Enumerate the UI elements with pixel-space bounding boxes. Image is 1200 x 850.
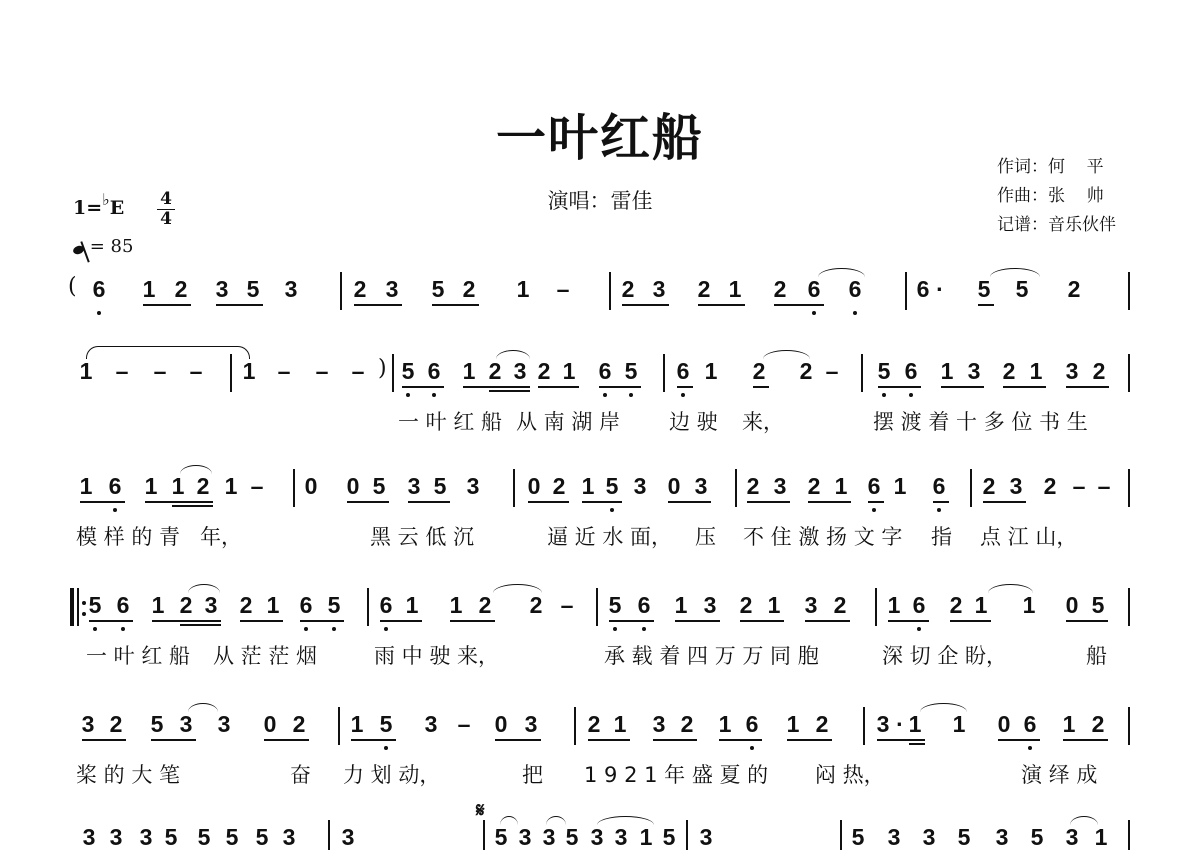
jianpu-note: 6 <box>675 358 691 384</box>
jianpu-note: 6 <box>744 711 760 737</box>
jianpu-note: 6 <box>378 592 394 618</box>
jianpu-note: 5 <box>850 824 866 850</box>
bar-line <box>574 707 576 745</box>
bar-line <box>340 272 342 310</box>
jianpu-note: 5 <box>163 824 179 850</box>
lyric-text: 奋 <box>290 759 311 789</box>
eighth-underline <box>380 620 422 622</box>
jianpu-note: 3 <box>541 824 557 850</box>
eighth-underline <box>753 386 769 388</box>
jianpu-note: 5 <box>196 824 212 850</box>
jianpu-note: 1 <box>951 711 967 737</box>
jianpu-note: 3 <box>423 711 439 737</box>
slur-tie <box>500 816 518 825</box>
lyric-text: 黑 云 低 沉 <box>370 521 474 551</box>
slur-tie <box>188 703 218 712</box>
jianpu-note: 5 <box>400 358 416 384</box>
jianpu-note: 3 <box>994 824 1010 850</box>
key-prefix: 1= <box>73 197 102 219</box>
low-octave-dot <box>613 627 617 631</box>
lyric-text: 压 <box>695 521 716 551</box>
jianpu-note: 5 <box>493 824 509 850</box>
eighth-underline <box>82 739 126 741</box>
lyric-text: 边 驶 <box>669 406 718 436</box>
eighth-underline <box>747 501 790 503</box>
jianpu-note: 3 <box>108 824 124 850</box>
jianpu-note: 3 <box>512 358 528 384</box>
eighth-underline <box>1066 620 1108 622</box>
jianpu-note: 3 <box>702 592 718 618</box>
jianpu-note: 6 <box>903 358 919 384</box>
slur-tie <box>597 816 654 825</box>
jianpu-note: 2 <box>586 711 602 737</box>
jianpu-note: 5 <box>371 473 387 499</box>
bar-line <box>483 820 485 850</box>
dash-extension: – <box>555 276 571 302</box>
jianpu-note: 2 <box>751 358 767 384</box>
slur-tie <box>546 816 566 825</box>
jianpu-note: 2 <box>461 276 477 302</box>
jianpu-note: 1 <box>785 711 801 737</box>
low-octave-dot <box>937 508 941 512</box>
slur-tie <box>180 465 212 474</box>
jianpu-note: 5 <box>604 473 620 499</box>
lyric-text: 闷 热， <box>815 759 885 789</box>
jianpu-note: 3 <box>875 711 891 737</box>
jianpu-note: 1 <box>886 592 902 618</box>
jianpu-note: 3 <box>1064 824 1080 850</box>
jianpu-note: 2 <box>238 592 254 618</box>
eighth-underline <box>950 620 991 622</box>
eighth-underline <box>787 739 832 741</box>
eighth-underline <box>463 386 530 388</box>
jianpu-note: 3 <box>80 711 96 737</box>
jianpu-note: 3 <box>283 276 299 302</box>
jianpu-note: 1 <box>1061 711 1077 737</box>
jianpu-note: 1 <box>150 592 166 618</box>
eighth-underline <box>80 501 125 503</box>
eighth-underline <box>216 304 263 306</box>
lyric-text: 力 划 动， <box>343 759 440 789</box>
eighth-underline <box>978 304 994 306</box>
eighth-underline <box>941 386 984 388</box>
sixteenth-underline <box>489 390 530 392</box>
bar-line <box>392 354 394 392</box>
jianpu-note: 5 <box>564 824 580 850</box>
bar-line <box>367 588 369 626</box>
jianpu-note: 5 <box>245 276 261 302</box>
jianpu-note: 6 <box>107 473 123 499</box>
jianpu-note: 2 <box>745 473 761 499</box>
eighth-underline <box>740 620 784 622</box>
dash-extension: – <box>152 358 168 384</box>
bar-line <box>513 469 515 507</box>
jianpu-note: 0 <box>1064 592 1080 618</box>
dash-extension: – <box>559 592 575 618</box>
bar-line <box>1128 820 1130 850</box>
eighth-underline <box>402 386 444 388</box>
lyric-text: 点 江 山， <box>980 521 1077 551</box>
slur-tie <box>818 268 865 277</box>
jianpu-note: 5 <box>378 711 394 737</box>
low-octave-dot <box>304 627 308 631</box>
eighth-underline <box>1063 739 1108 741</box>
jianpu-note: 1 <box>892 473 908 499</box>
jianpu-note: 2 <box>981 473 997 499</box>
jianpu-note: 2 <box>477 592 493 618</box>
slur-tie <box>493 584 542 593</box>
eighth-underline <box>599 386 641 388</box>
low-octave-dot <box>882 393 886 397</box>
jianpu-note: 0 <box>526 473 542 499</box>
dash-extension: – <box>824 358 840 384</box>
low-octave-dot <box>681 393 685 397</box>
lyric-text: 年， <box>200 521 242 551</box>
jianpu-note: 6 <box>91 276 107 302</box>
key-signature: 1=♭E <box>73 197 124 219</box>
dash-extension: – <box>350 358 366 384</box>
jianpu-note: 2 <box>1091 358 1107 384</box>
repeat-start-thick <box>70 588 74 626</box>
lyric-text: 演 绎 成 <box>1021 759 1097 789</box>
eighth-underline <box>300 620 344 622</box>
segno-icon: 𝄋 <box>476 798 485 822</box>
low-octave-dot <box>97 311 101 315</box>
sixteenth-underline <box>172 505 213 507</box>
eighth-underline <box>677 386 693 388</box>
bar-line <box>230 354 232 392</box>
dash-extension: – <box>188 358 204 384</box>
eighth-underline <box>719 739 762 741</box>
jianpu-note: 2 <box>487 358 503 384</box>
dash-extension: – <box>249 473 265 499</box>
eighth-underline <box>432 304 479 306</box>
jianpu-note: 5 <box>623 358 639 384</box>
eighth-underline <box>878 386 921 388</box>
jianpu-note: 1 <box>1028 358 1044 384</box>
slur-tie <box>990 268 1040 277</box>
jianpu-note: 3 <box>281 824 297 850</box>
jianpu-note: 2 <box>528 592 544 618</box>
jianpu-note: 3 <box>698 824 714 850</box>
jianpu-note: 5 <box>149 711 165 737</box>
jianpu-note: 1 <box>1021 592 1037 618</box>
low-octave-dot <box>610 508 614 512</box>
jianpu-note: 1 <box>404 592 420 618</box>
jianpu-note: 2 <box>620 276 636 302</box>
bar-line <box>596 588 598 626</box>
eighth-underline <box>151 739 196 741</box>
lyric-text: 摆 渡 着 十 多 位 书 生 <box>873 406 1088 436</box>
jianpu-note: 1 <box>673 592 689 618</box>
jianpu-note: 0 <box>303 473 319 499</box>
jianpu-note: 3 <box>803 592 819 618</box>
jianpu-note: 1 <box>703 358 719 384</box>
sixteenth-underline <box>909 743 925 745</box>
jianpu-note: 1 <box>561 358 577 384</box>
jianpu-note: 3 <box>214 276 230 302</box>
bar-line <box>338 707 340 745</box>
eighth-underline <box>1066 386 1109 388</box>
jianpu-note: 3 <box>517 824 533 850</box>
bar-line <box>970 469 972 507</box>
jianpu-note: 3 <box>966 358 982 384</box>
slur-tie <box>1070 816 1098 825</box>
low-octave-dot <box>853 311 857 315</box>
jianpu-note: 3 <box>216 711 232 737</box>
eighth-underline <box>933 501 949 503</box>
lyric-text: 一 叶 红 船 <box>398 406 502 436</box>
lyric-text: 模 样 的 青 <box>76 521 180 551</box>
eighth-underline <box>588 739 630 741</box>
lyricist-credit: 作词：何 平 <box>997 153 1116 182</box>
jianpu-note: 1 <box>78 358 94 384</box>
low-octave-dot <box>332 627 336 631</box>
jianpu-note: 6 <box>915 276 931 302</box>
jianpu-note: 3 <box>651 276 667 302</box>
eighth-underline <box>264 739 309 741</box>
low-octave-dot <box>750 746 754 750</box>
bar-line <box>609 272 611 310</box>
slur-tie <box>188 584 220 593</box>
lyric-text: 桨 的 大 笔 <box>76 759 180 789</box>
eighth-underline <box>998 739 1040 741</box>
jianpu-note: 0 <box>666 473 682 499</box>
eighth-underline <box>698 304 745 306</box>
eighth-underline <box>495 739 541 741</box>
jianpu-note: 6 <box>636 592 652 618</box>
jianpu-note: 2 <box>173 276 189 302</box>
jianpu-note: 6 <box>115 592 131 618</box>
composer-credit: 作曲：张 帅 <box>997 182 1116 211</box>
bar-line <box>293 469 295 507</box>
jianpu-note: 6 <box>931 473 947 499</box>
key-note: E <box>110 197 124 219</box>
bar-line <box>735 469 737 507</box>
low-octave-dot <box>432 393 436 397</box>
eighth-underline <box>668 501 711 503</box>
eighth-underline <box>868 501 884 503</box>
eighth-underline <box>1003 386 1046 388</box>
lyric-text: 从 茫 茫 烟 <box>213 640 317 670</box>
eighth-underline <box>145 501 213 503</box>
low-octave-dot <box>629 393 633 397</box>
jianpu-note: 3 <box>406 473 422 499</box>
eighth-underline <box>240 620 283 622</box>
eighth-underline <box>622 304 669 306</box>
eighth-underline <box>675 620 720 622</box>
low-octave-dot <box>113 508 117 512</box>
lyric-text: 来， <box>742 406 784 436</box>
eighth-underline <box>538 386 579 388</box>
time-bottom: 4 <box>156 210 176 229</box>
jianpu-note: 6 <box>597 358 613 384</box>
jianpu-note: 2 <box>108 711 124 737</box>
jianpu-note: 5 <box>1029 824 1045 850</box>
dash-extension: – <box>456 711 472 737</box>
jianpu-note: 1 <box>448 592 464 618</box>
eighth-underline <box>805 620 850 622</box>
slur-tie <box>920 703 967 712</box>
slur-tie <box>496 350 530 359</box>
eighth-underline <box>774 304 824 306</box>
eighth-underline <box>450 620 495 622</box>
jianpu-note: 2 <box>551 473 567 499</box>
jianpu-note: 3 <box>523 711 539 737</box>
low-octave-dot <box>1028 746 1032 750</box>
credits-block: 作词：何 平 作曲：张 帅 记谱：音乐伙伴 <box>997 153 1116 240</box>
jianpu-note: 3 <box>178 711 194 737</box>
jianpu-note: 1 <box>223 473 239 499</box>
jianpu-note: 1 <box>143 473 159 499</box>
eighth-underline <box>983 501 1026 503</box>
jianpu-note: 1 <box>907 711 923 737</box>
jianpu-note: 3 <box>632 473 648 499</box>
low-octave-dot <box>642 627 646 631</box>
dash-extension: – <box>276 358 292 384</box>
eighth-underline <box>808 501 851 503</box>
jianpu-note: 5 <box>956 824 972 850</box>
jianpu-note: 0 <box>996 711 1012 737</box>
jianpu-note: 5 <box>326 592 342 618</box>
repeat-start-thin <box>77 588 79 626</box>
eighth-underline <box>347 501 389 503</box>
jianpu-note: 3 <box>384 276 400 302</box>
jianpu-note: 2 <box>352 276 368 302</box>
sixteenth-underline <box>180 624 221 626</box>
lyric-text: 船 <box>1086 640 1107 670</box>
lyric-text: 不 住 激 扬 文 字 <box>743 521 902 551</box>
jianpu-note: 1 <box>265 592 281 618</box>
bar-line <box>1128 272 1130 310</box>
jianpu-note: 1 <box>515 276 531 302</box>
jianpu-note: 1 <box>612 711 628 737</box>
slur-tie <box>763 350 810 359</box>
jianpu-note: 5 <box>432 473 448 499</box>
long-tie <box>86 346 250 359</box>
jianpu-note: 3 <box>465 473 481 499</box>
jianpu-note: 3 <box>886 824 902 850</box>
jianpu-note: 5 <box>607 592 623 618</box>
lyric-text: 深 切 企 盼， <box>882 640 1007 670</box>
jianpu-note: 6 <box>298 592 314 618</box>
jianpu-note: 0 <box>345 473 361 499</box>
bar-line <box>1128 354 1130 392</box>
bar-line <box>686 820 688 850</box>
bar-line <box>1128 588 1130 626</box>
lyric-text: 承 载 着 四 万 万 同 胞 <box>604 640 819 670</box>
eighth-underline <box>408 501 450 503</box>
bar-line <box>663 354 665 392</box>
jianpu-note: · <box>892 711 908 737</box>
bar-line <box>1128 469 1130 507</box>
low-octave-dot <box>121 627 125 631</box>
bar-line <box>875 588 877 626</box>
tempo-marking: = 85 <box>73 236 133 257</box>
low-octave-dot <box>872 508 876 512</box>
eighth-underline <box>152 620 221 622</box>
jianpu-note: 1 <box>170 473 186 499</box>
jianpu-note: 1 <box>349 711 365 737</box>
jianpu-note: 2 <box>1042 473 1058 499</box>
jianpu-note: 6 <box>1022 711 1038 737</box>
flat-icon: ♭ <box>102 190 110 209</box>
bar-line <box>1128 707 1130 745</box>
jianpu-note: 6 <box>847 276 863 302</box>
eighth-underline <box>877 739 925 741</box>
repeat-dot <box>82 612 86 616</box>
eighth-underline <box>653 739 697 741</box>
jianpu-note: 3 <box>772 473 788 499</box>
jianpu-note: 2 <box>1066 276 1082 302</box>
jianpu-note: 3 <box>138 824 154 850</box>
jianpu-note: 2 <box>948 592 964 618</box>
dash-extension: – <box>114 358 130 384</box>
jianpu-note: 1 <box>973 592 989 618</box>
low-octave-dot <box>406 393 410 397</box>
dash-extension: – <box>1096 473 1112 499</box>
slur-tie <box>988 584 1033 593</box>
jianpu-note: 3 <box>340 824 356 850</box>
jianpu-note: 5 <box>254 824 270 850</box>
dash-extension: – <box>314 358 330 384</box>
jianpu-note: 6 <box>806 276 822 302</box>
time-signature: 4 4 <box>156 190 176 229</box>
jianpu-note: 6 <box>911 592 927 618</box>
dash-extension: – <box>1071 473 1087 499</box>
eighth-underline <box>582 501 622 503</box>
jianpu-note: 3 <box>589 824 605 850</box>
jianpu-note: 5 <box>976 276 992 302</box>
low-octave-dot <box>917 627 921 631</box>
quarter-note-icon <box>72 244 85 255</box>
jianpu-note: 2 <box>814 711 830 737</box>
jianpu-note: 1 <box>461 358 477 384</box>
low-octave-dot <box>384 627 388 631</box>
jianpu-note: 1 <box>580 473 596 499</box>
bracket: ) <box>378 356 387 381</box>
tempo-value: = 85 <box>90 236 134 257</box>
jianpu-note: 1 <box>717 711 733 737</box>
jianpu-note: 5 <box>1090 592 1106 618</box>
jianpu-note: 2 <box>178 592 194 618</box>
bar-line <box>905 272 907 310</box>
jianpu-note: 1 <box>141 276 157 302</box>
jianpu-note: 1 <box>727 276 743 302</box>
jianpu-note: 2 <box>679 711 695 737</box>
jianpu-note: 2 <box>195 473 211 499</box>
lyric-text: 把 <box>522 759 543 789</box>
jianpu-note: 3 <box>921 824 937 850</box>
eighth-underline <box>528 501 569 503</box>
jianpu-note: 2 <box>772 276 788 302</box>
jianpu-note: 3 <box>651 711 667 737</box>
jianpu-note: 3 <box>1064 358 1080 384</box>
jianpu-note: 5 <box>430 276 446 302</box>
jianpu-note: 3 <box>693 473 709 499</box>
bar-line <box>863 707 865 745</box>
jianpu-note: 3 <box>613 824 629 850</box>
jianpu-note: 2 <box>536 358 552 384</box>
jianpu-note: 3 <box>81 824 97 850</box>
jianpu-note: 3 <box>203 592 219 618</box>
low-octave-dot <box>93 627 97 631</box>
lyric-text: 雨 中 驶 来， <box>374 640 499 670</box>
low-octave-dot <box>384 746 388 750</box>
eighth-underline <box>354 304 402 306</box>
lyric-text: 逼 近 水 面， <box>547 521 672 551</box>
jianpu-note: 2 <box>832 592 848 618</box>
